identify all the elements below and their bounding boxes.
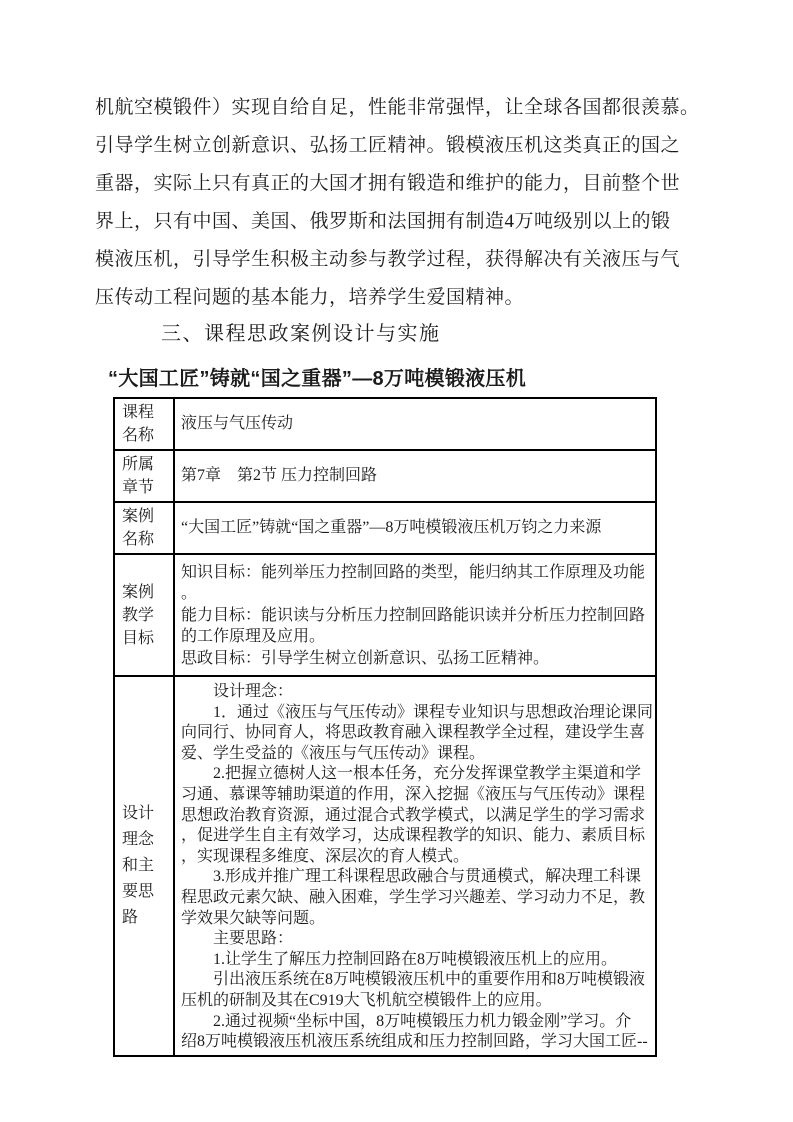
row-label-text: 设计理念和主要思路 xyxy=(122,801,165,931)
row-label-text: 课程名称 xyxy=(122,401,165,447)
row-label-chapter: 所属章节 xyxy=(115,451,175,501)
row-content-design-concept: 设计理念： 1．通过《液压与气压传动》课程专业知识与思想政治理论课同向同行、协同… xyxy=(175,677,657,1055)
table-row-design-concept: 设计理念和主要思路 设计理念： 1．通过《液压与气压传动》课程专业知识与思想政治… xyxy=(115,675,655,1055)
text-line: 的工作原理及应用。 xyxy=(181,626,651,647)
row-label-design-concept: 设计理念和主要思路 xyxy=(115,677,175,1055)
text-line: ，实现课程多维度、深层次的育人模式。 xyxy=(181,847,653,868)
text-line: 第7章 第2节 压力控制回路 xyxy=(181,466,651,486)
text-line: 程思政元素欠缺、融入困难，学生学习兴趣差、学习动力不足，教 xyxy=(181,888,653,909)
text-line: 向同行、协同育人，将思政教育融入课程教学全过程，建设学生喜 xyxy=(181,723,653,744)
table-row-teaching-goals: 案例教学目标 知识目标：能列举压力控制回路的类型，能归纳其工作原理及功能。能力目… xyxy=(115,553,655,675)
row-label-text: 所属章节 xyxy=(122,453,165,499)
text-line: 1．通过《液压与气压传动》课程专业知识与思想政治理论课同 xyxy=(181,703,653,724)
row-content-course-name: 液压与气压传动 xyxy=(175,399,655,449)
intro-paragraph: 机航空模锻件）实现自给自足，性能非常强悍，让全球各国都很羡慕。引导学生树立创新意… xyxy=(95,89,705,317)
text-line: 1.让学生了解压力控制回路在8万吨模锻液压机上的应用。 xyxy=(181,950,653,971)
row-content-teaching-goals: 知识目标：能列举压力控制回路的类型，能归纳其工作原理及功能。能力目标：能识读与分… xyxy=(175,555,655,675)
text-line: ，促进学生自主有效学习，达成课程教学的知识、能力、素质目标 xyxy=(181,826,653,847)
text-line: 设计理念： xyxy=(181,682,653,703)
text-line: 主要思路： xyxy=(181,929,653,950)
table-row-course-name: 课程名称 液压与气压传动 xyxy=(115,399,655,449)
text-line: 绍8万吨模锻液压机液压系统组成和压力控制回路，学习大国工匠-- xyxy=(181,1032,653,1053)
row-label-course-name: 课程名称 xyxy=(115,399,175,449)
row-label-text: 案例名称 xyxy=(122,505,165,551)
text-line: 。 xyxy=(181,583,651,604)
text-line: 3.形成并推广理工科课程思政融合与贯通模式，解决理工科课 xyxy=(181,867,653,888)
text-line: 2.通过视频“坐标中国，8万吨模锻压力机力锻金刚”学习。介 xyxy=(181,1012,653,1033)
text-line: 界上，只有中国、美国、俄罗斯和法国拥有制造4万吨级别以上的锻 xyxy=(95,203,705,241)
text-line: 思想政治教育资源，通过混合式教学模式，以满足学生的学习需求 xyxy=(181,806,653,827)
row-content-case-name: “大国工匠”铸就“国之重器”—8万吨模锻液压机万钧之力来源 xyxy=(175,503,655,553)
case-table: 课程名称 液压与气压传动 所属章节 第7章 第2节 压力控制回路 案例名称 “大… xyxy=(113,397,657,1057)
text-line: 习通、慕课等辅助渠道的作用，深入挖掘《液压与气压传动》课程 xyxy=(181,785,653,806)
text-line: 爱、学生受益的《液压与气压传动》课程。 xyxy=(181,744,653,765)
table-row-case-name: 案例名称 “大国工匠”铸就“国之重器”—8万吨模锻液压机万钧之力来源 xyxy=(115,501,655,553)
row-content-chapter: 第7章 第2节 压力控制回路 xyxy=(175,451,655,501)
table-row-chapter: 所属章节 第7章 第2节 压力控制回路 xyxy=(115,449,655,501)
text-line: 2.把握立德树人这一根本任务，充分发挥课堂教学主渠道和学 xyxy=(181,764,653,785)
row-label-text: 案例教学目标 xyxy=(122,581,165,650)
case-table-title: “大国工匠”铸就“国之重器”—8万吨模锻液压机 xyxy=(108,365,705,393)
text-line: 压机的研制及其在C919大飞机航空模锻件上的应用。 xyxy=(181,991,653,1012)
text-line: 思政目标：引导学生树立创新意识、弘扬工匠精神。 xyxy=(181,648,651,669)
text-line: 模液压机，引导学生积极主动参与教学过程，获得解决有关液压与气 xyxy=(95,241,705,279)
text-line: “大国工匠”铸就“国之重器”—8万吨模锻液压机万钧之力来源 xyxy=(181,518,651,538)
text-line: 学效果欠缺等问题。 xyxy=(181,909,653,930)
row-label-case-name: 案例名称 xyxy=(115,503,175,553)
text-line: 机航空模锻件）实现自给自足，性能非常强悍，让全球各国都很羡慕。 xyxy=(95,89,705,127)
text-line: 知识目标：能列举压力控制回路的类型，能归纳其工作原理及功能 xyxy=(181,562,651,583)
text-line: 液压与气压传动 xyxy=(181,414,651,434)
row-label-teaching-goals: 案例教学目标 xyxy=(115,555,175,675)
text-line: 能力目标：能识读与分析压力控制回路能识读并分析压力控制回路 xyxy=(181,605,651,626)
text-line: 引导学生树立创新意识、弘扬工匠精神。锻模液压机这类真正的国之 xyxy=(95,127,705,165)
section-heading: 三、课程思政案例设计与实施 xyxy=(161,319,705,349)
text-line: 重器，实际上只有真正的大国才拥有锻造和维护的能力，目前整个世 xyxy=(95,165,705,203)
document-page: 机航空模锻件）实现自给自足，性能非常强悍，让全球各国都很羡慕。引导学生树立创新意… xyxy=(0,0,793,1122)
text-line: 引出液压系统在8万吨模锻液压机中的重要作用和8万吨模锻液 xyxy=(181,970,653,991)
text-line: 压传动工程问题的基本能力，培养学生爱国精神。 xyxy=(95,279,705,317)
